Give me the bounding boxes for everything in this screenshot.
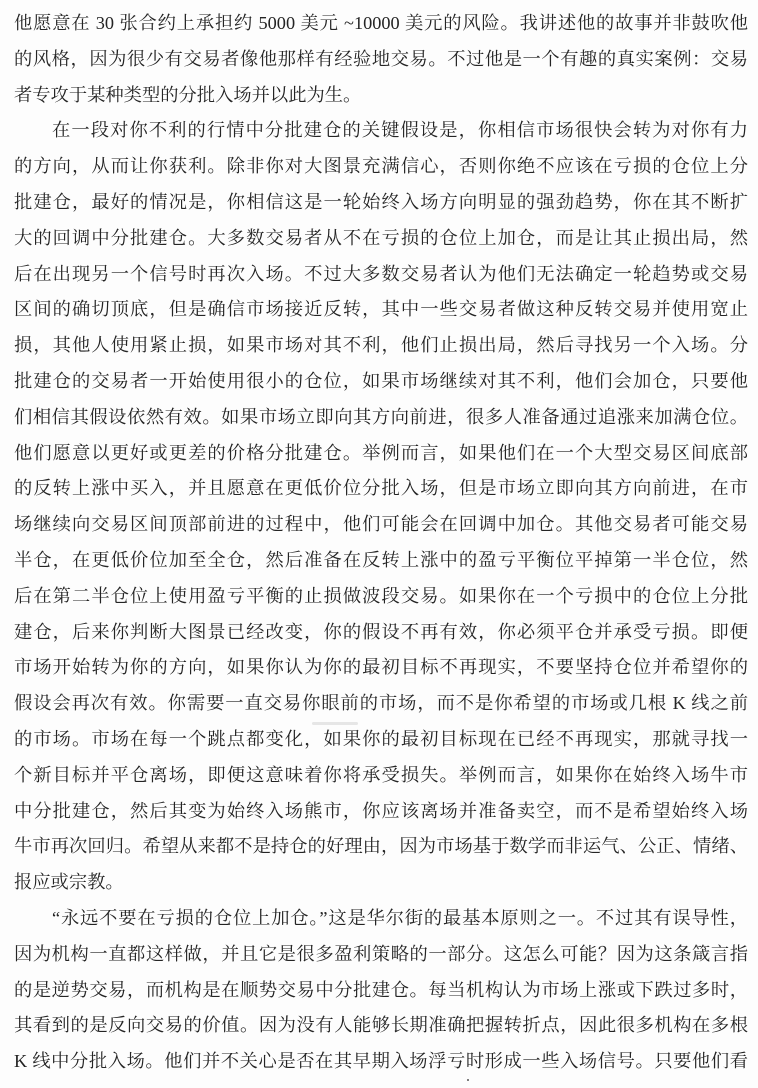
text-line: 半仓，在更低价位加至全仓，然后准备在反转上涨中的盈亏平衡位平掉第一半仓位，然 (14, 543, 748, 579)
text-line: 者专攻于某种类型的分批入场并以此为生。 (14, 78, 748, 114)
paragraph-2: 在一段对你不利的行情中分批建仓的关键假设是，你相信市场很快会转为对你有力 的方向… (14, 113, 748, 901)
text-line: 场继续向交易区间顶部前进的过程中，他们可能会在回调中加仓。其他交易者可能交易 (14, 507, 748, 543)
text-line: 因为机构一直都这样做，并且它是很多盈利策略的一部分。这怎么可能？因为这条箴言指 (14, 937, 748, 973)
text-line: 后在第二半仓位上使用盈亏平衡的止损做波段交易。如果你在一个亏损中的仓位上分批 (14, 579, 748, 615)
paragraph-3: “永远不要在亏损的仓位上加仓。”这是华尔街的最基本原则之一。不过其有误导性， 因… (14, 901, 748, 1080)
book-page-body: 他愿意在 30 张合约上承担约 5000 美元 ~10000 美元的风险。我讲述… (14, 6, 748, 1080)
text-line: 假设会再次有效。你需要一直交易你眼前的市场，而不是你希望的市场或几根 K 线之前 (14, 686, 748, 722)
text-line: 市场开始转为你的方向，如果你认为你的最初目标不再现实，不要坚持仓位并希望你的 (14, 650, 748, 686)
text-line: 报应或宗教。 (14, 865, 748, 901)
text-line: 的市场。市场在每一个跳点都变化，如果你的最初目标现在已经不再现实，那就寻找一 (14, 722, 748, 758)
text-line: “永远不要在亏损的仓位上加仓。”这是华尔街的最基本原则之一。不过其有误导性， (14, 901, 748, 937)
text-line: 中分批建仓，然后其变为始终入场熊市，你应该离场并准备卖空，而不是希望始终入场 (14, 794, 748, 830)
text-line: K 线中分批入场。他们并不关心是否在其早期入场浮亏时形成一些入场信号。只要他们看 (14, 1044, 748, 1080)
paragraph-1: 他愿意在 30 张合约上承担约 5000 美元 ~10000 美元的风险。我讲述… (14, 6, 748, 113)
text-line: 他们愿意以更好或更差的价格分批建仓。举例而言，如果他们在一个大型交易区间底部 (14, 436, 748, 472)
text-line: 其看到的是反向交易的价值。因为没有人能够长期准确把握转折点，因此很多机构在多根 (14, 1008, 748, 1044)
text-line: 牛市再次回归。希望从来都不是持仓的好理由，因为市场基于数学而非运气、公正、情绪、 (14, 829, 748, 865)
text-line: 大的回调中分批建仓。大多数交易者从不在亏损的仓位上加仓，而是让其止损出局，然 (14, 221, 748, 257)
text-line: 他愿意在 30 张合约上承担约 5000 美元 ~10000 美元的风险。我讲述… (14, 6, 748, 42)
scan-speck (467, 1079, 469, 1081)
text-line: 批建仓，最好的情况是，你相信这是一轮始终入场方向明显的强劲趋势，你在其不断扩 (14, 185, 748, 221)
text-line: 的方向，从而让你获利。除非你对大图景充满信心，否则你绝不应该在亏损的仓位上分 (14, 149, 748, 185)
text-line: 的风格，因为很少有交易者像他那样有经验地交易。不过他是一个有趣的真实案例：交易 (14, 42, 748, 78)
text-line: 建仓，后来你判断大图景已经改变，你的假设不再有效，你必须平仓并承受亏损。即便 (14, 615, 748, 651)
text-line: 们相信其假设依然有效。如果市场立即向其方向前进，很多人准备通过追涨来加满仓位。 (14, 400, 748, 436)
text-line: 的反转上涨中买入，并且愿意在更低价位分批入场，但是市场立即向其方向前进，在市 (14, 471, 748, 507)
text-line: 的是逆势交易，而机构是在顺势交易中分批建仓。每当机构认为市场上涨或下跌过多时， (14, 973, 748, 1009)
text-line: 损，其他人使用紧止损，如果市场对其不利，他们止损出局，然后寻找另一个入场。分 (14, 328, 748, 364)
text-line: 在一段对你不利的行情中分批建仓的关键假设是，你相信市场很快会转为对你有力 (14, 113, 748, 149)
text-line: 后在出现另一个信号时再次入场。不过大多数交易者认为他们无法确定一轮趋势或交易 (14, 257, 748, 293)
text-line: 批建仓的交易者一开始使用很小的仓位，如果市场继续对其不利，他们会加仓，只要他 (14, 364, 748, 400)
text-line: 个新目标并平仓离场，即便这意味着你将承受损失。举例而言，如果你在始终入场牛市 (14, 758, 748, 794)
text-line: 区间的确切顶底，但是确信市场接近反转，其中一些交易者做这种反转交易并使用宽止 (14, 292, 748, 328)
scan-smudge (312, 722, 358, 725)
